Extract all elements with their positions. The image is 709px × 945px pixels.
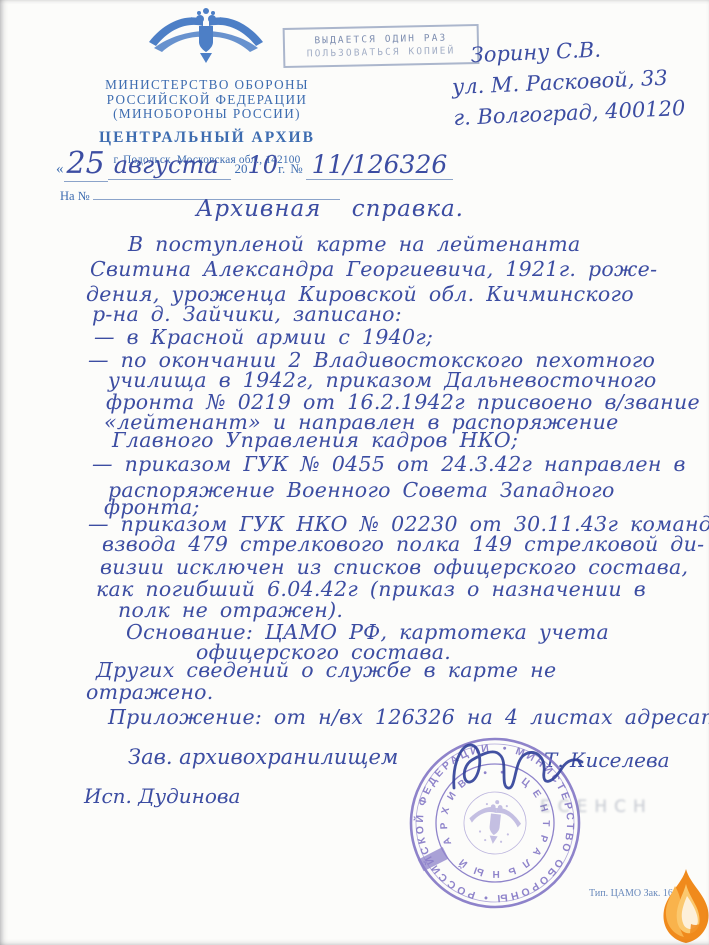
archive-name: ЦЕНТРАЛЬНЫЙ АРХИВ bbox=[86, 129, 328, 147]
date-year: 10 bbox=[248, 151, 279, 179]
body-line: взвода 479 стрелкового полка 149 стрелко… bbox=[102, 532, 704, 556]
body-line: — приказом ГУК № 0455 от 24.3.42г направ… bbox=[92, 452, 686, 476]
body-line: полк не отражен). bbox=[118, 598, 343, 622]
body-line: визии исключен из списков офицерского со… bbox=[100, 555, 688, 579]
date-year-label: г. bbox=[278, 161, 285, 177]
number-label: № bbox=[290, 161, 302, 177]
document-number: 11/126326 bbox=[306, 150, 454, 180]
document-title: Архивная справка. bbox=[110, 196, 550, 222]
document-page: ВЫДАЕТСЯ ОДИН РАЗ ПОЛЬЗОВАТЬСЯ КОПИЕЙ Зо… bbox=[0, 0, 709, 945]
issued-once-stamp-line2: ПОЛЬЗОВАТЬСЯ КОПИЕЙ bbox=[287, 44, 475, 61]
date-day: 25 bbox=[64, 146, 108, 182]
date-number-line: « 25 августа 20 10 г. № 11/126326 bbox=[56, 146, 453, 182]
recipient-address: Зорину С.В. ул. М. Расковой, 33 г. Волго… bbox=[450, 31, 686, 134]
mod-eagle-emblem-icon bbox=[146, 6, 266, 64]
body-line: р-на д. Зайчики, записано: bbox=[92, 302, 402, 326]
bleed-through-text: ЕСЕНСН bbox=[540, 797, 653, 817]
body-line: училища в 1942г, приказом Дальневосточно… bbox=[108, 368, 657, 392]
body-line: В поступленой карте на лейтенанта bbox=[128, 232, 581, 256]
body-line: Приложение: от н/вх 126326 на 4 листах а… bbox=[108, 705, 709, 729]
executor-name: Исп. Дудинова bbox=[84, 784, 240, 808]
ministry-line3: (МИНОБОРОНЫ РОССИИ) bbox=[86, 107, 328, 122]
body-line: Свитина Александра Георгиевича, 1921г. р… bbox=[90, 257, 657, 281]
flame-logo-icon bbox=[657, 868, 709, 945]
signatory-position: Зав. архивохранилищем bbox=[128, 745, 398, 769]
body-line: Других сведений о службе в карте не bbox=[96, 658, 556, 682]
reply-reference-label: На № bbox=[60, 189, 90, 203]
date-month: августа bbox=[108, 151, 231, 180]
date-century-printed: 20 bbox=[235, 161, 248, 177]
date-open-quote: « bbox=[56, 161, 64, 178]
ministry-line2: РОССИЙСКОЙ ФЕДЕРАЦИИ bbox=[86, 93, 328, 108]
body-line: — в Красной армии с 1940г; bbox=[94, 325, 433, 349]
ministry-line1: МИНИСТЕРСТВО ОБОРОНЫ bbox=[86, 78, 328, 93]
body-line: Главного Управления кадров НКО; bbox=[112, 428, 518, 452]
body-line: отражено. bbox=[86, 680, 214, 704]
